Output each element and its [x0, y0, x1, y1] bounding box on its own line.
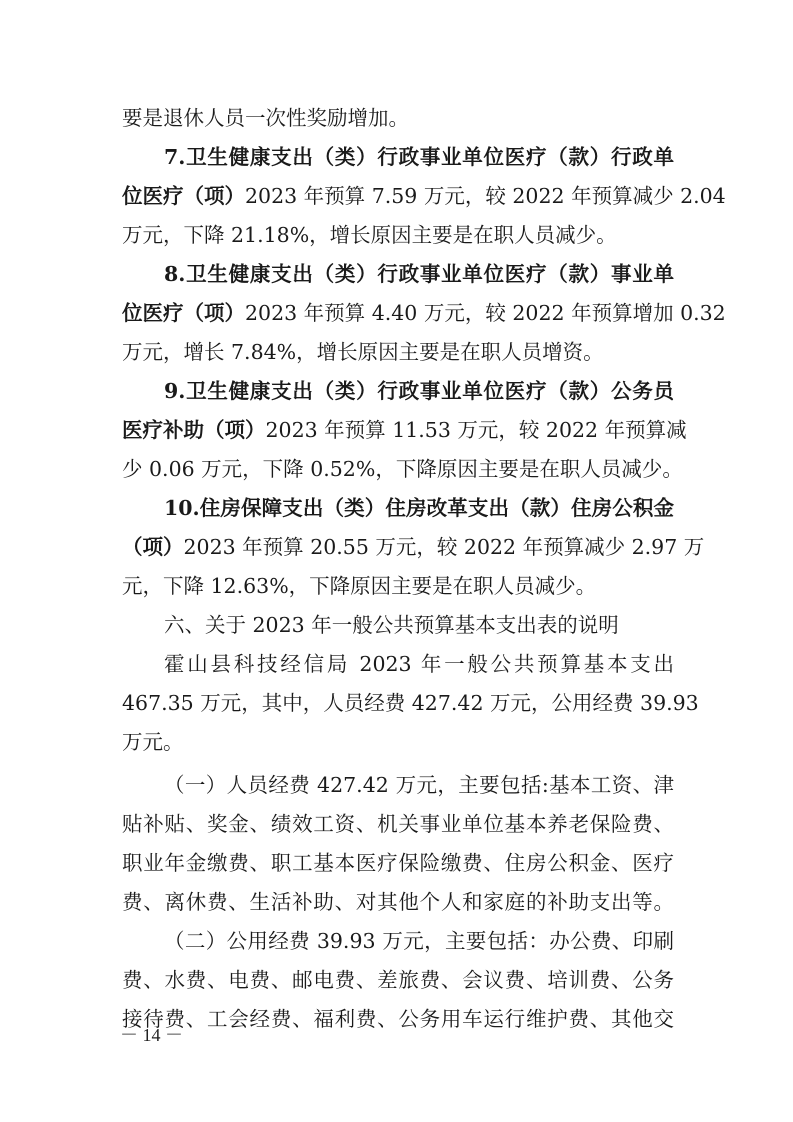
- public-text-3: 接待费、工会经费、福利费、公务用车运行维护费、其他交: [122, 1002, 674, 1036]
- personnel-line-2: 贴补贴、奖金、绩效工资、机关事业单位基本养老保险费、: [122, 807, 674, 841]
- item-7-body-end: 万元，下降 21.18%，增长原因主要是在职人员减少。: [122, 218, 674, 252]
- item-8-line-3: 万元，增长 7.84%，增长原因主要是在职人员增资。: [122, 335, 674, 369]
- summary-line-2: 467.35 万元，其中，人员经费 427.42 万元，公用经费 39.93: [122, 686, 674, 720]
- item-7-line-2: 位医疗（项）2023 年预算 7.59 万元，较 2022 年预算减少 2.04: [122, 179, 674, 213]
- item-10-body-end: 元，下降 12.63%，下降原因主要是在职人员减少。: [122, 569, 674, 603]
- public-line-3: 接待费、工会经费、福利费、公务用车运行维护费、其他交: [122, 1002, 674, 1036]
- item-10-heading: 10.住房保障支出（类）住房改革支出（款）住房公积金: [164, 491, 674, 525]
- item-8-heading: 8.卫生健康支出（类）行政事业单位医疗（款）事业单: [164, 257, 674, 291]
- page-number: － 14 －: [120, 1022, 183, 1048]
- item-7-body: 2023 年预算 7.59 万元，较 2022 年预算减少 2.04: [245, 184, 726, 208]
- personnel-text-4: 费、离休费、生活补助、对其他个人和家庭的补助支出等。: [122, 885, 674, 919]
- personnel-line-4: 费、离休费、生活补助、对其他个人和家庭的补助支出等。: [122, 885, 674, 919]
- item-7-heading-line: 7.卫生健康支出（类）行政事业单位医疗（款）行政单: [164, 140, 674, 174]
- section-6-heading: 六、关于 2023 年一般公共预算基本支出表的说明: [164, 608, 674, 642]
- item-7-heading: 7.卫生健康支出（类）行政事业单位医疗（款）行政单: [164, 140, 674, 174]
- personnel-line-3: 职业年金缴费、职工基本医疗保险缴费、住房公积金、医疗: [122, 846, 674, 880]
- item-9-line-2: 医疗补助（项）2023 年预算 11.53 万元，较 2022 年预算减: [122, 413, 674, 447]
- item-7-line-3: 万元，下降 21.18%，增长原因主要是在职人员减少。: [122, 218, 674, 252]
- personnel-text-2: 贴补贴、奖金、绩效工资、机关事业单位基本养老保险费、: [122, 807, 674, 841]
- section-6-heading-line: 六、关于 2023 年一般公共预算基本支出表的说明: [164, 608, 674, 642]
- summary-line-1: 霍山县科技经信局 2023 年一般公共预算基本支出: [164, 647, 674, 681]
- item-10-line-2: （项）2023 年预算 20.55 万元，较 2022 年预算减少 2.97 万: [122, 530, 674, 564]
- item-8-heading-line: 8.卫生健康支出（类）行政事业单位医疗（款）事业单: [164, 257, 674, 291]
- item-10-heading-line: 10.住房保障支出（类）住房改革支出（款）住房公积金: [164, 491, 674, 525]
- item-8-heading-cont: 位医疗（项）: [122, 301, 245, 325]
- item-9-heading-line: 9.卫生健康支出（类）行政事业单位医疗（款）公务员: [164, 374, 674, 408]
- text-line: 要是退休人员一次性奖励增加。: [122, 101, 674, 135]
- item-7-heading-cont: 位医疗（项）: [122, 184, 245, 208]
- item-8-body: 2023 年预算 4.40 万元，较 2022 年预算增加 0.32: [245, 301, 726, 325]
- item-9-body-end: 少 0.06 万元，下降 0.52%，下降原因主要是在职人员减少。: [122, 452, 674, 486]
- public-line-2: 费、水费、电费、邮电费、差旅费、会议费、培训费、公务: [122, 963, 674, 997]
- item-8-line-2: 位医疗（项）2023 年预算 4.40 万元，较 2022 年预算增加 0.32: [122, 296, 674, 330]
- item-9-heading: 9.卫生健康支出（类）行政事业单位医疗（款）公务员: [164, 374, 674, 408]
- item-10-body: 2023 年预算 20.55 万元，较 2022 年预算减少 2.97 万: [184, 535, 705, 559]
- personnel-line-1: （一）人员经费 427.42 万元，主要包括:基本工资、津: [164, 768, 674, 802]
- item-10-heading-cont: （项）: [122, 535, 184, 559]
- public-text-2: 费、水费、电费、邮电费、差旅费、会议费、培训费、公务: [122, 963, 674, 997]
- paragraph-continuation: 要是退休人员一次性奖励增加。: [122, 101, 674, 135]
- personnel-text-1: （一）人员经费 427.42 万元，主要包括:基本工资、津: [164, 768, 674, 802]
- item-9-line-3: 少 0.06 万元，下降 0.52%，下降原因主要是在职人员减少。: [122, 452, 674, 486]
- public-line-1: （二）公用经费 39.93 万元，主要包括：办公费、印刷: [164, 924, 674, 958]
- item-9-body: 2023 年预算 11.53 万元，较 2022 年预算减: [266, 418, 687, 442]
- public-text-1: （二）公用经费 39.93 万元，主要包括：办公费、印刷: [164, 924, 674, 958]
- personnel-text-3: 职业年金缴费、职工基本医疗保险缴费、住房公积金、医疗: [122, 846, 674, 880]
- summary-text-2: 467.35 万元，其中，人员经费 427.42 万元，公用经费 39.93: [122, 686, 674, 720]
- item-10-line-3: 元，下降 12.63%，下降原因主要是在职人员减少。: [122, 569, 674, 603]
- summary-text-3: 万元。: [122, 725, 674, 759]
- document-page: 要是退休人员一次性奖励增加。 7.卫生健康支出（类）行政事业单位医疗（款）行政单…: [0, 0, 793, 1122]
- summary-line-3: 万元。: [122, 725, 674, 759]
- summary-text-1: 霍山县科技经信局 2023 年一般公共预算基本支出: [164, 647, 674, 681]
- item-8-body-end: 万元，增长 7.84%，增长原因主要是在职人员增资。: [122, 335, 674, 369]
- item-9-heading-cont: 医疗补助（项）: [122, 418, 266, 442]
